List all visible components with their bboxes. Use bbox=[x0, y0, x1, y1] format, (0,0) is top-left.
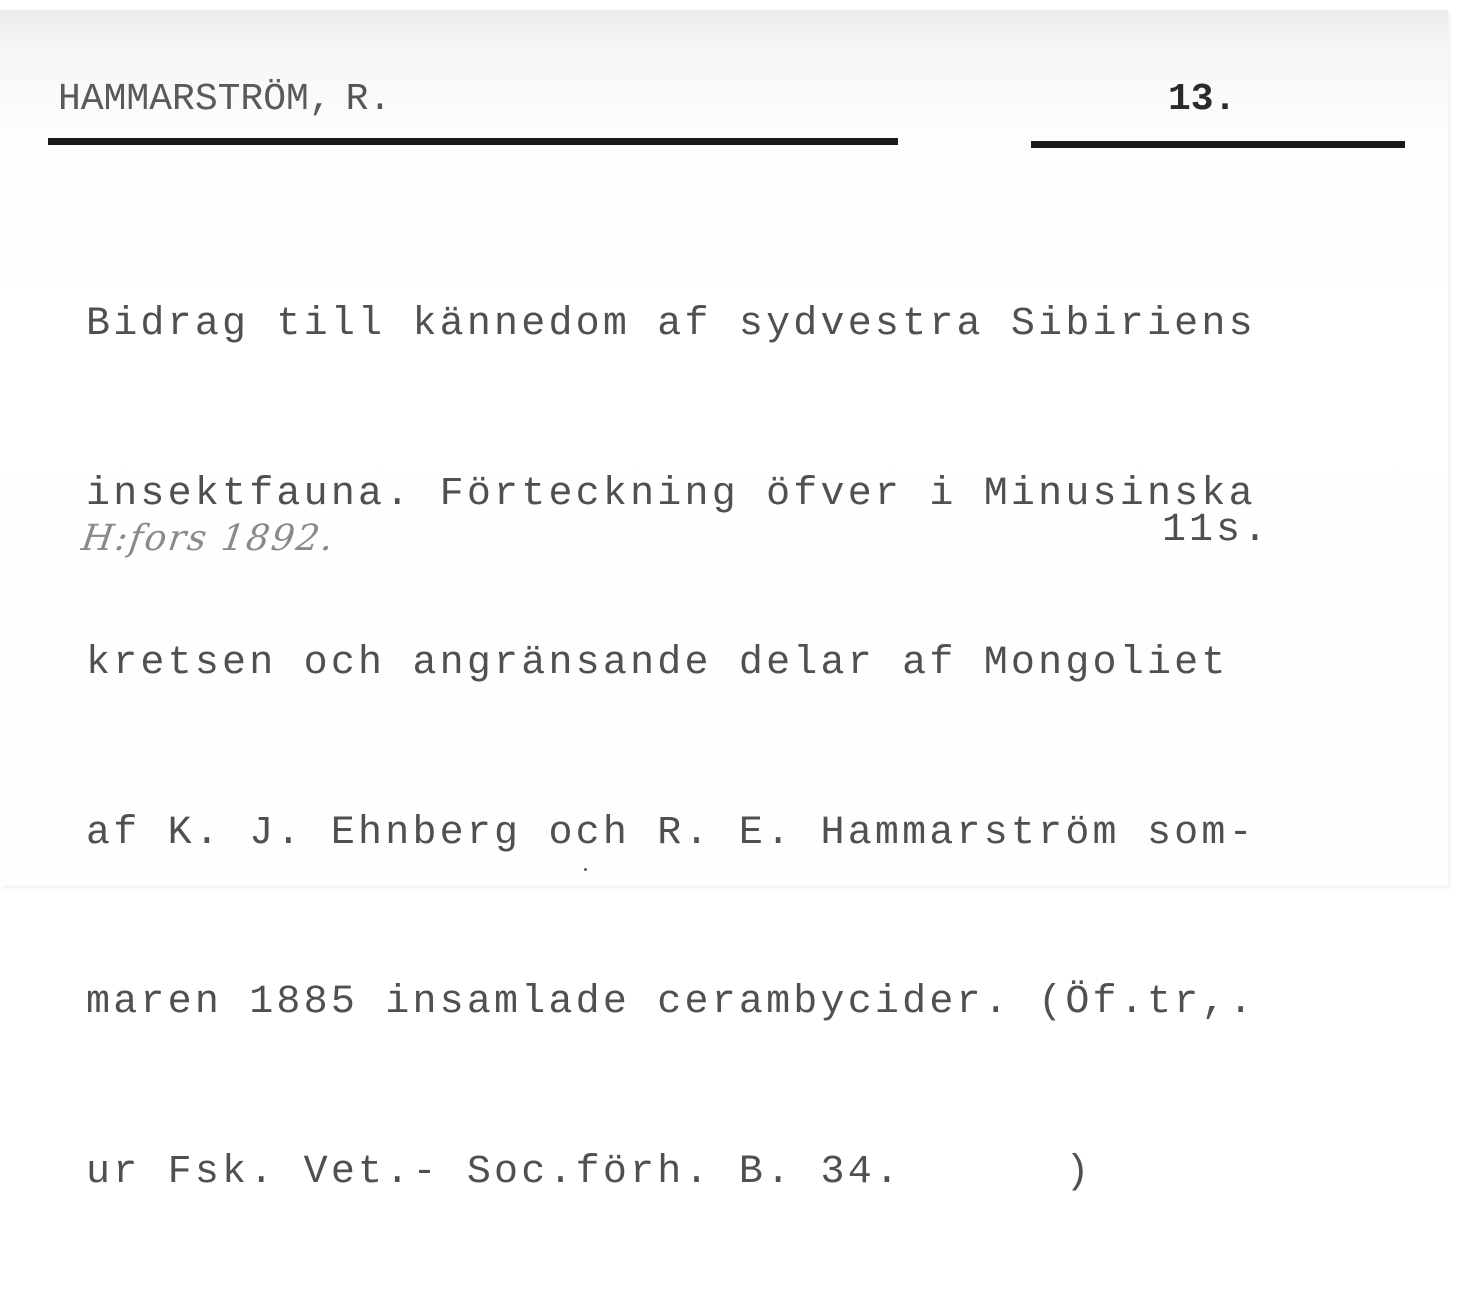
description-line: kretsen och angränsande delar af Mongoli… bbox=[86, 636, 1256, 693]
author-initial: R. bbox=[346, 78, 392, 121]
card-number: 13. bbox=[1168, 78, 1236, 121]
author-surname: HAMMARSTRÖM, bbox=[58, 78, 332, 121]
description-line: insektfauna. Förteckning öfver i Minusin… bbox=[86, 467, 1256, 524]
description-line: Bidrag till kännedom af sydvestra Sibiri… bbox=[86, 297, 1256, 354]
author-heading: HAMMARSTRÖM,R. bbox=[58, 78, 391, 121]
heading-underline-left bbox=[48, 138, 898, 145]
paper-speck bbox=[584, 868, 587, 871]
page-count: 11s. bbox=[1162, 508, 1270, 553]
description-line: af K. J. Ehnberg och R. E. Hammarström s… bbox=[86, 806, 1256, 863]
catalog-card: HAMMARSTRÖM,R. 13. Bidrag till kännedom … bbox=[0, 10, 1448, 886]
heading-underline-right bbox=[1031, 141, 1405, 148]
handwritten-place-year: H:fors 1892. bbox=[79, 518, 337, 559]
